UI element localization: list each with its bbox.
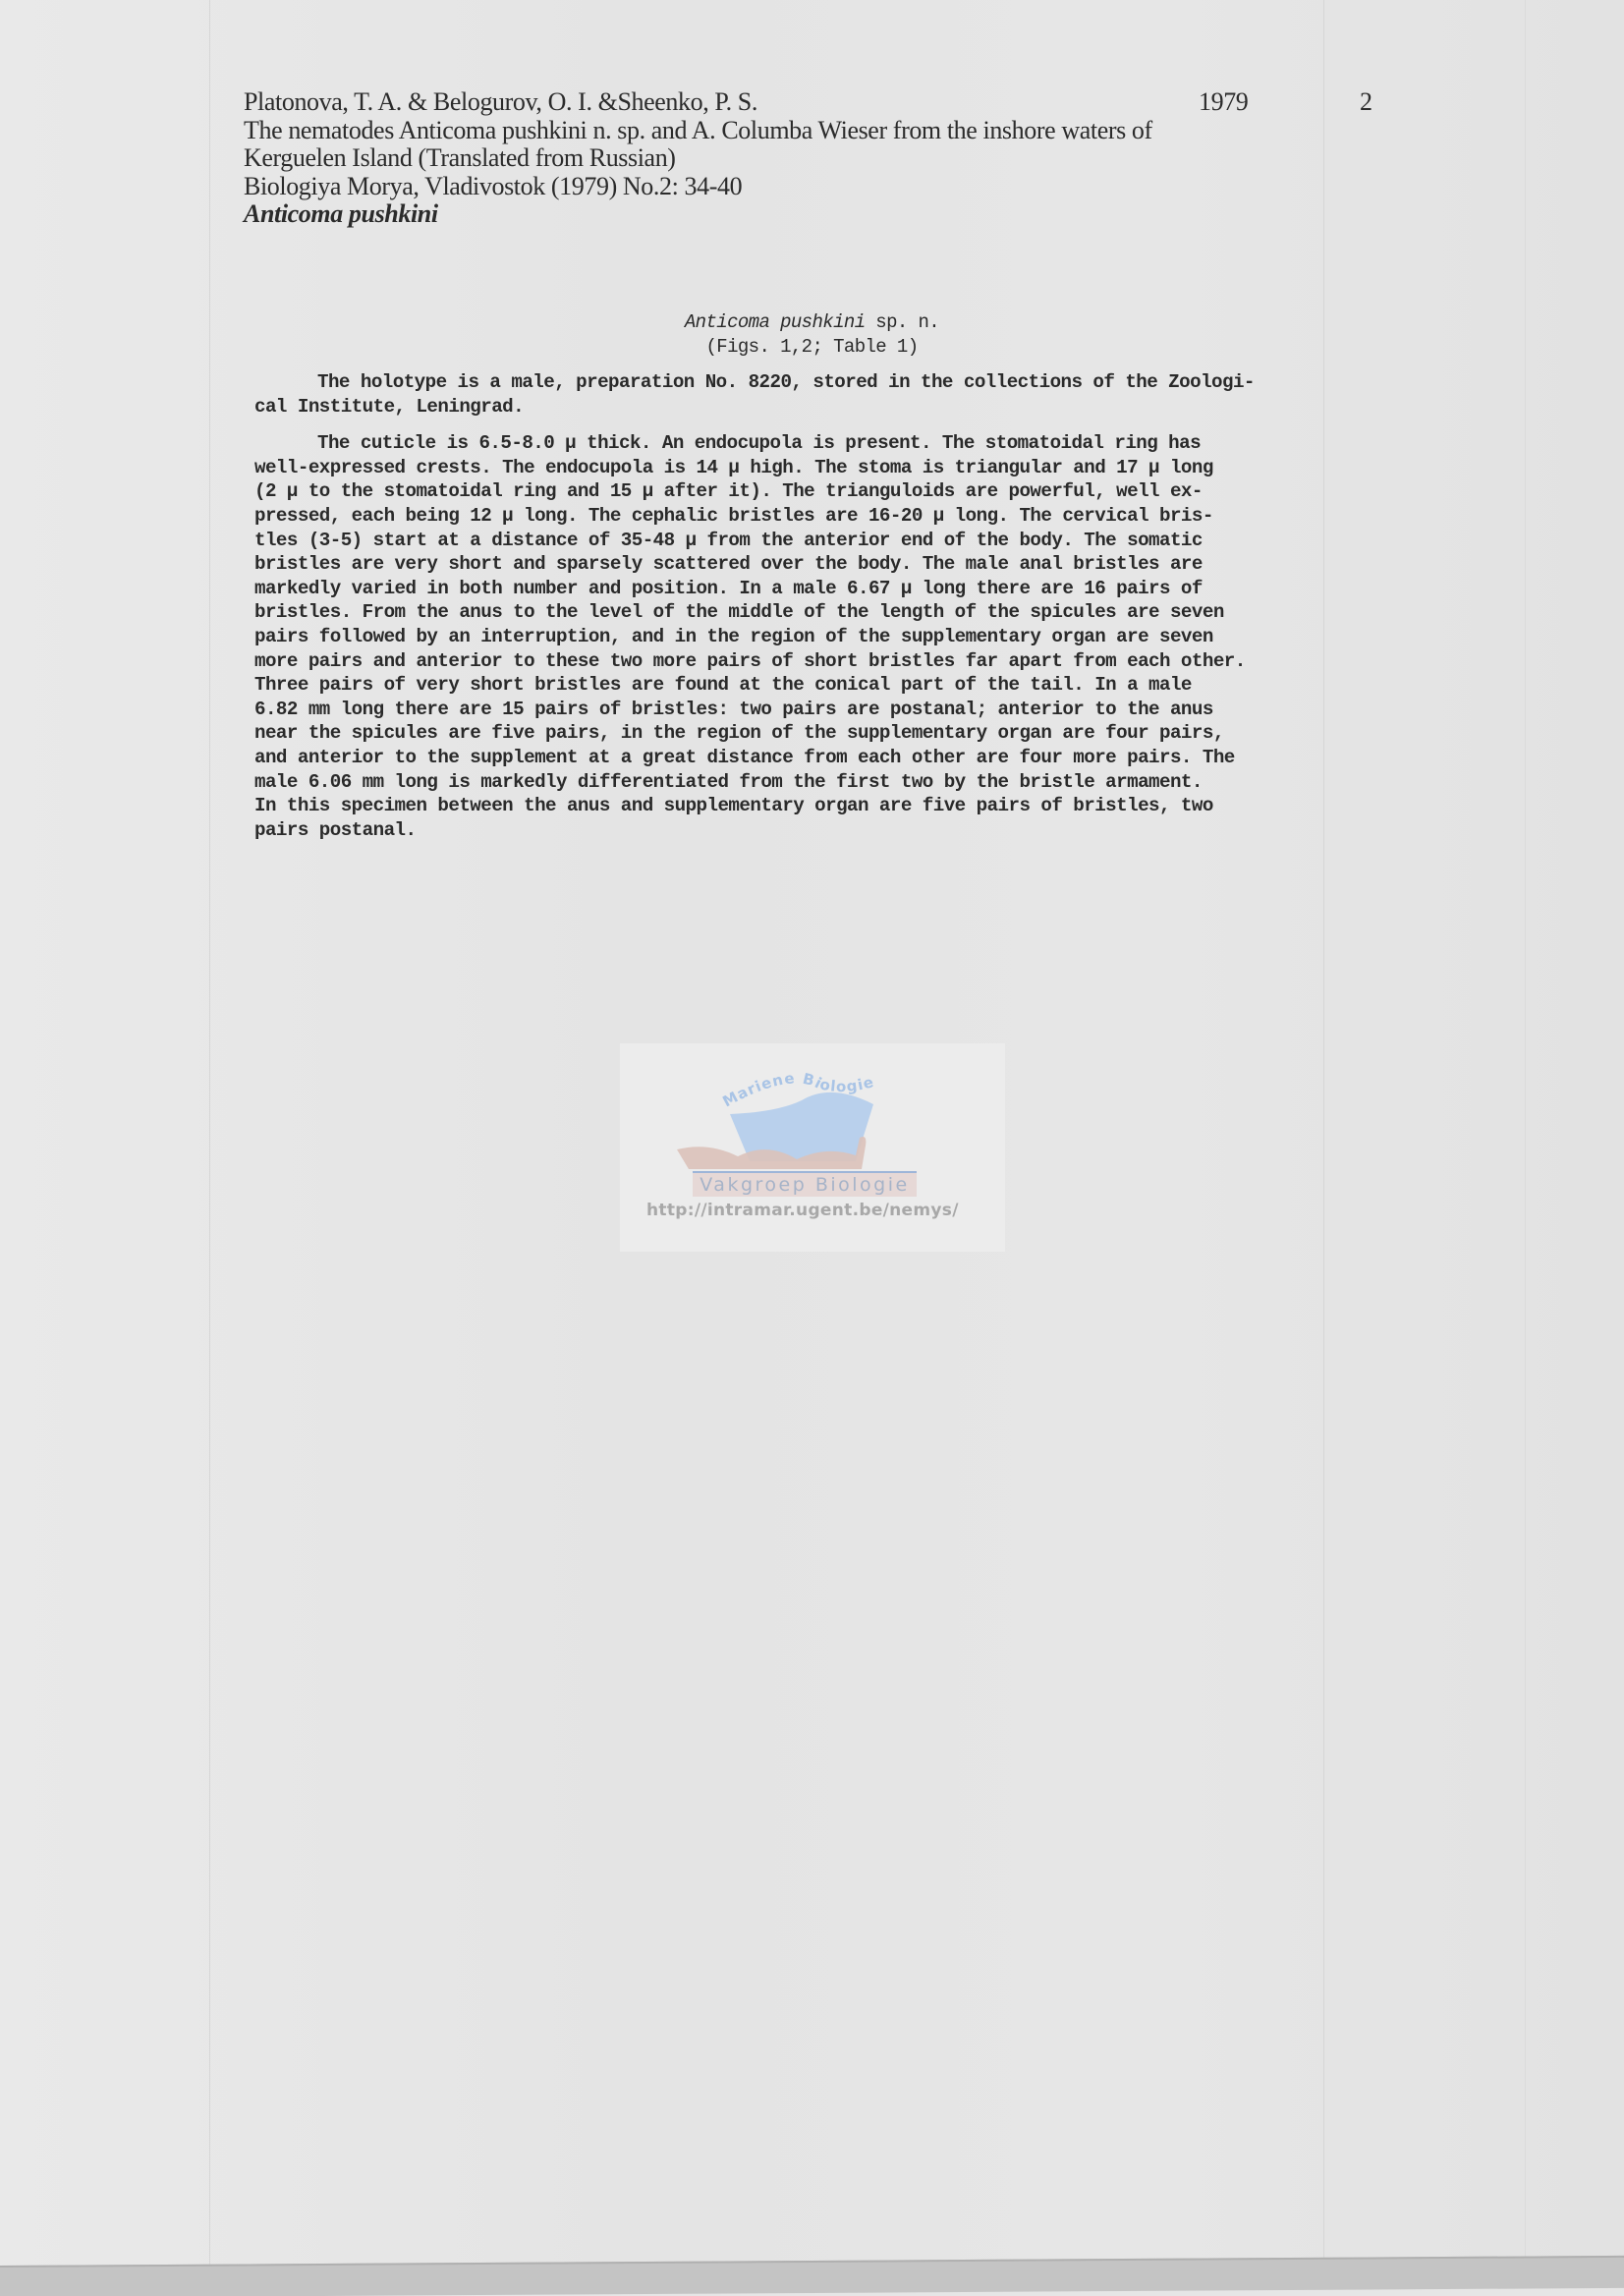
text-line: bristles. From the anus to the level of … (254, 600, 1374, 625)
text-line: (2 µ to the stomatoidal ring and 15 µ af… (254, 479, 1374, 504)
text-line: bristles are very short and sparsely sca… (254, 552, 1374, 577)
species-suffix: sp. n. (866, 311, 940, 333)
citation-journal: Biologiya Morya, Vladivostok (1979) No.2… (244, 173, 1383, 201)
text-line: The holotype is a male, preparation No. … (254, 370, 1374, 395)
paragraph-holotype: The holotype is a male, preparation No. … (254, 370, 1374, 419)
text-line: well-expressed crests. The endocupola is… (254, 456, 1374, 480)
watermark-url: http://intramar.ugent.be/nemys/ (646, 1201, 959, 1220)
watermark-logo: Mariene Biologie Vakgroep Biologie http:… (620, 1043, 1005, 1252)
citation-header: Platonova, T. A. & Belogurov, O. I. &She… (244, 88, 1383, 229)
text-line: pairs followed by an interruption, and i… (254, 625, 1374, 649)
section-heading: Anticoma pushkini sp. n. (Figs. 1,2; Tab… (0, 310, 1624, 360)
text-line: In this specimen between the anus and su… (254, 794, 1374, 818)
citation-authors: Platonova, T. A. & Belogurov, O. I. &She… (244, 87, 757, 116)
text-line: pairs postanal. (254, 818, 1374, 843)
logo-department-text: Vakgroep Biologie (693, 1173, 917, 1197)
figures-reference: (Figs. 1,2; Table 1) (0, 335, 1624, 360)
paragraph-morphology: The cuticle is 6.5-8.0 µ thick. An endoc… (254, 431, 1374, 842)
text-line: tles (3-5) start at a distance of 35-48 … (254, 529, 1374, 553)
description-body: The holotype is a male, preparation No. … (254, 370, 1374, 855)
marine-biology-logo-icon: Mariene Biologie (620, 1043, 1005, 1252)
text-line: Three pairs of very short bristles are f… (254, 673, 1374, 698)
citation-title-line-1: The nematodes Anticoma pushkini n. sp. a… (244, 117, 1383, 145)
species-name: Anticoma pushkini (685, 311, 866, 333)
text-line: 6.82 mm long there are 15 pairs of brist… (254, 698, 1374, 722)
text-line: more pairs and anterior to these two mor… (254, 649, 1374, 674)
text-line: pressed, each being 12 µ long. The cepha… (254, 504, 1374, 529)
text-line: and anterior to the supplement at a grea… (254, 746, 1374, 770)
page-number: 2 (1360, 88, 1372, 117)
citation-species: Anticoma pushkini (244, 200, 1383, 229)
species-heading: Anticoma pushkini sp. n. (0, 310, 1624, 335)
citation-authors-row: Platonova, T. A. & Belogurov, O. I. &She… (244, 88, 1383, 117)
citation-title-line-2: Kerguelen Island (Translated from Russia… (244, 144, 1383, 173)
text-line: cal Institute, Leningrad. (254, 395, 1374, 420)
text-line: The cuticle is 6.5-8.0 µ thick. An endoc… (254, 431, 1374, 456)
text-line: male 6.06 mm long is markedly differenti… (254, 770, 1374, 795)
text-line: markedly varied in both number and posit… (254, 577, 1374, 601)
text-line: near the spicules are five pairs, in the… (254, 721, 1374, 746)
citation-year: 1979 (1199, 88, 1248, 117)
